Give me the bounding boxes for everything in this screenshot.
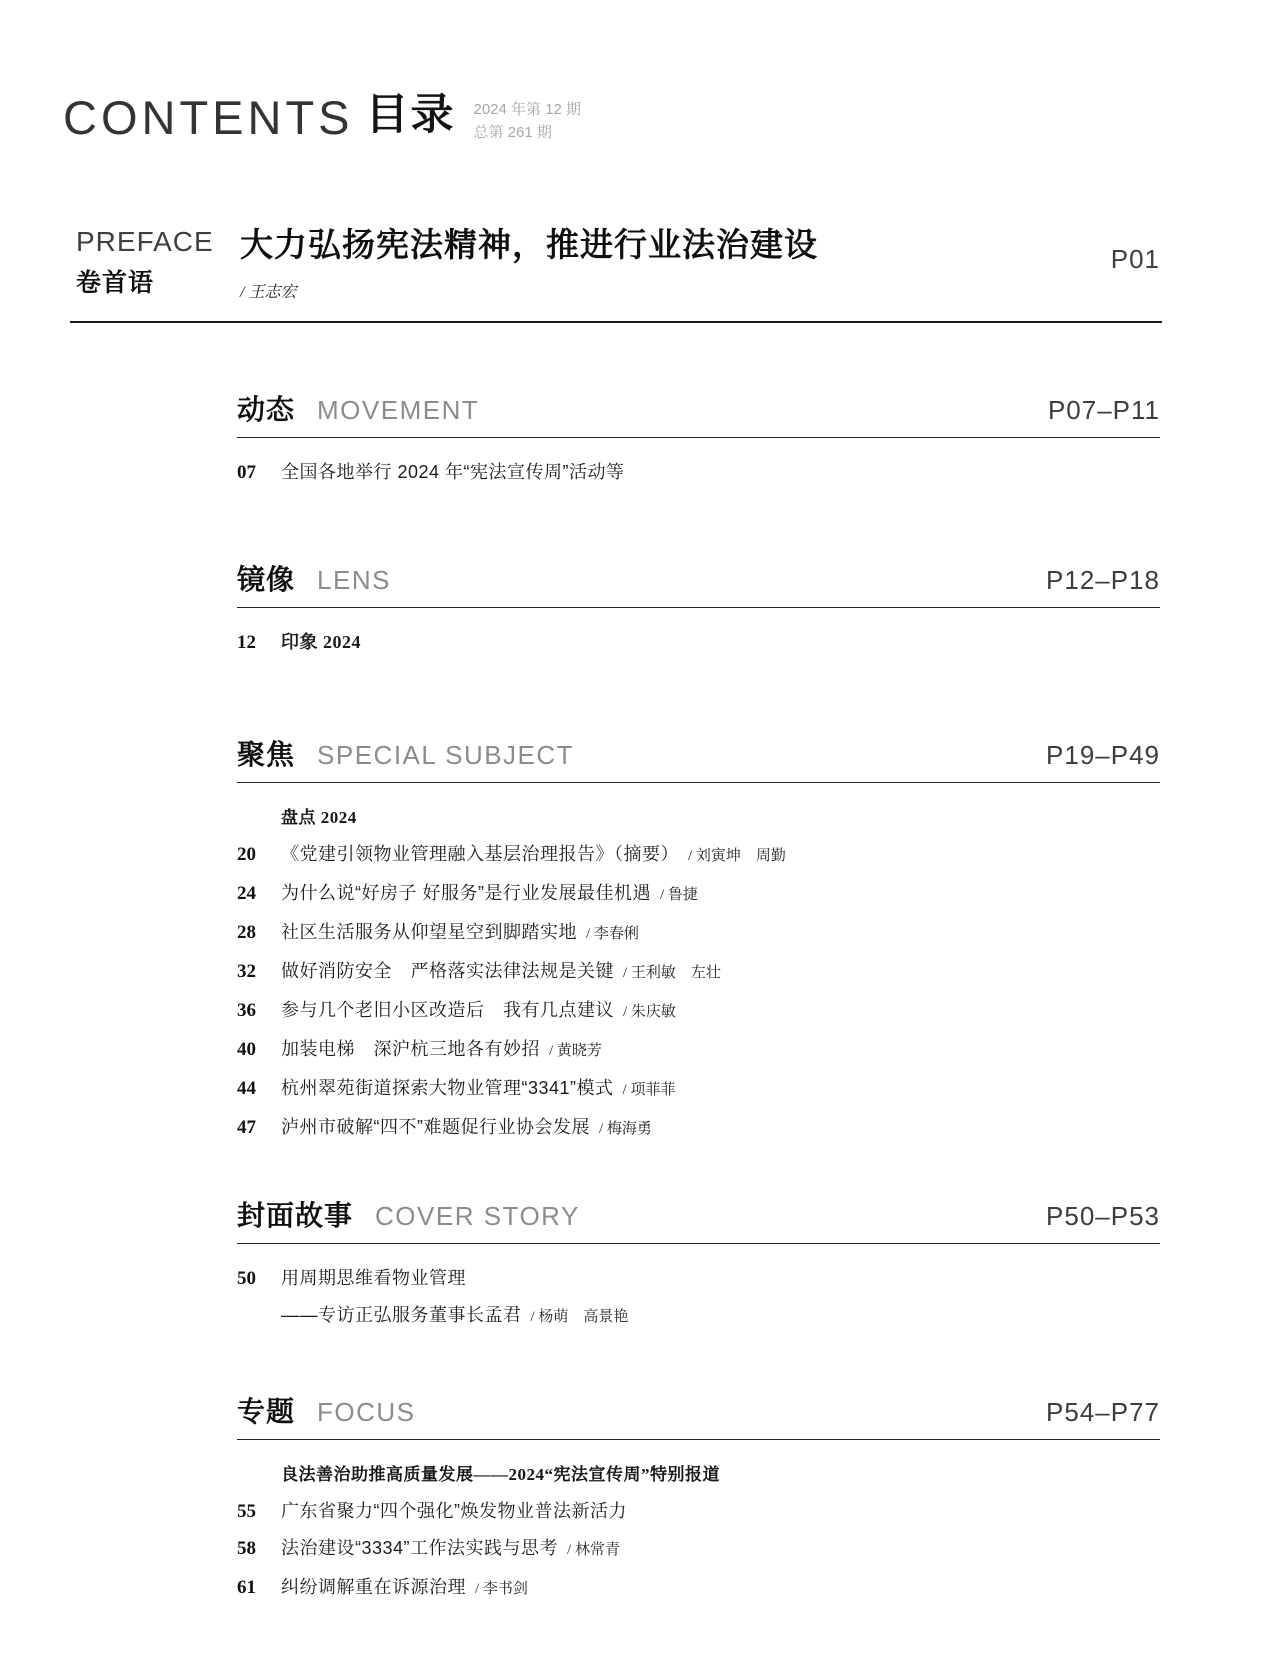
issue-number: 2024 年第 12 期 [474, 99, 582, 122]
preface-author: / 王志宏 [240, 279, 1111, 302]
section-item-list: 12印象 2024 [237, 624, 1160, 661]
section-title-zh: 聚焦 [237, 739, 295, 771]
preface-label-zh: 卷首语 [76, 263, 240, 299]
toc-item: 32做好消防安全 严格落实法律法规是关键/ 王利敏 左壮 [237, 953, 1160, 992]
toc-section-focus: 专题FOCUSP54–P77良法善治助推高质量发展——2024“宪法宣传周”特别… [237, 1396, 1160, 1608]
section-title-en: MOVEMENT [317, 395, 479, 426]
toc-item: 61纠纷调解重在诉源治理/ 李书剑 [237, 1569, 1160, 1608]
toc-item: 12印象 2024 [237, 624, 1160, 661]
section-page-range: P54–P77 [1046, 1397, 1160, 1428]
contents-title-en: CONTENTS [63, 94, 354, 141]
preface-page-number: P01 [1111, 244, 1160, 302]
item-page-number: 36 [237, 992, 281, 1029]
section-divider [237, 607, 1160, 608]
section-title-en: COVER STORY [375, 1201, 580, 1232]
section-heading: 聚焦SPECIAL SUBJECTP19–P49 [237, 739, 1160, 771]
preface-entry: 大力弘扬宪法精神，推进行业法治建设 / 王志宏 [240, 228, 1111, 302]
toc-section-movement: 动态MOVEMENTP07–P1107全国各地举行 2024 年“宪法宣传周”活… [237, 394, 1160, 491]
item-author: / 鲁捷 [660, 877, 698, 914]
magazine-toc-page: CONTENTS 目录 2024 年第 12 期 总第 261 期 PREFAC… [0, 0, 1274, 1674]
section-item-list: 50用周期思维看物业管理——专访正弘服务董事长孟君/ 杨萌 高景艳 [237, 1260, 1160, 1336]
item-author: / 林常青 [567, 1532, 620, 1569]
toc-item: 40加装电梯 深沪杭三地各有妙招/ 黄晓芳 [237, 1031, 1160, 1070]
section-title-zh: 镜像 [237, 564, 295, 596]
item-title: 法治建设“3334”工作法实践与思考 [281, 1530, 558, 1567]
section-subhead: 良法善治助推高质量发展——2024“宪法宣传周”特别报道 [281, 1456, 1160, 1493]
item-page-number: 55 [237, 1493, 281, 1530]
section-title-en: SPECIAL SUBJECT [317, 740, 574, 771]
preface-label: PREFACE 卷首语 [76, 228, 240, 302]
section-divider [237, 782, 1160, 783]
item-title: 加装电梯 深沪杭三地各有妙招 [281, 1031, 540, 1068]
section-heading: 封面故事COVER STORYP50–P53 [237, 1200, 1160, 1232]
section-heading: 镜像LENSP12–P18 [237, 564, 1160, 596]
item-title: 参与几个老旧小区改造后 我有几点建议 [281, 992, 614, 1029]
toc-section-special-subject: 聚焦SPECIAL SUBJECTP19–P49盘点 202420《党建引领物业… [237, 739, 1160, 1148]
section-page-range: P19–P49 [1046, 740, 1160, 771]
item-title: 为什么说“好房子 好服务”是行业发展最佳机遇 [281, 875, 651, 912]
item-author: / 刘寅坤 周勤 [688, 838, 786, 875]
preface-label-en: PREFACE [76, 228, 240, 256]
section-item-list: 盘点 202420《党建引领物业管理融入基层治理报告》（摘要）/ 刘寅坤 周勤2… [237, 799, 1160, 1148]
item-title: 用周期思维看物业管理 [281, 1260, 466, 1297]
section-item-list: 07全国各地举行 2024 年“宪法宣传周”活动等 [237, 454, 1160, 491]
toc-item: 44杭州翠苑街道探索大物业管理“3341”模式/ 项菲菲 [237, 1070, 1160, 1109]
item-author: / 黄晓芳 [549, 1033, 602, 1070]
item-author: / 梅海勇 [599, 1111, 652, 1148]
item-title: 做好消防安全 严格落实法律法规是关键 [281, 953, 614, 990]
section-title-zh: 专题 [237, 1396, 295, 1428]
preface-title: 大力弘扬宪法精神，推进行业法治建设 [240, 228, 1111, 263]
item-page-number: 07 [237, 454, 281, 491]
item-author: / 朱庆敏 [623, 994, 676, 1031]
toc-item: 55广东省聚力“四个强化”焕发物业普法新活力 [237, 1493, 1160, 1530]
issue-total: 总第 261 期 [474, 122, 582, 145]
section-item-list: 良法善治助推高质量发展——2024“宪法宣传周”特别报道55广东省聚力“四个强化… [237, 1456, 1160, 1608]
issue-info: 2024 年第 12 期 总第 261 期 [474, 94, 582, 144]
toc-section-lens: 镜像LENSP12–P1812印象 2024 [237, 564, 1160, 661]
preface-block: PREFACE 卷首语 大力弘扬宪法精神，推进行业法治建设 / 王志宏 P01 [76, 228, 1160, 302]
toc-item: 50用周期思维看物业管理 [237, 1260, 1160, 1297]
section-title-en: LENS [317, 565, 391, 596]
item-title: 社区生活服务从仰望星空到脚踏实地 [281, 914, 577, 951]
toc-item: 07全国各地举行 2024 年“宪法宣传周”活动等 [237, 454, 1160, 491]
item-author: / 杨萌 高景艳 [531, 1299, 629, 1336]
section-divider [237, 437, 1160, 438]
toc-item: 36参与几个老旧小区改造后 我有几点建议/ 朱庆敏 [237, 992, 1160, 1031]
section-page-range: P50–P53 [1046, 1201, 1160, 1232]
item-title: 全国各地举行 2024 年“宪法宣传周”活动等 [281, 454, 625, 491]
toc-item: 28社区生活服务从仰望星空到脚踏实地/ 李春俐 [237, 914, 1160, 953]
item-author: / 李书剑 [475, 1571, 528, 1608]
item-page-number: 50 [237, 1260, 281, 1297]
section-heading: 专题FOCUSP54–P77 [237, 1396, 1160, 1428]
item-title: 印象 2024 [281, 624, 361, 661]
contents-title-zh: 目录 [366, 94, 456, 137]
item-page-number: 61 [237, 1569, 281, 1606]
item-author: / 王利敏 左壮 [623, 955, 721, 992]
item-title: 纠纷调解重在诉源治理 [281, 1569, 466, 1606]
section-subhead: 盘点 2024 [281, 799, 1160, 836]
section-title-zh: 动态 [237, 394, 295, 426]
toc-section-cover-story: 封面故事COVER STORYP50–P5350用周期思维看物业管理——专访正弘… [237, 1200, 1160, 1336]
toc-item: 47泸州市破解“四不”难题促行业协会发展/ 梅海勇 [237, 1109, 1160, 1148]
item-page-number: 40 [237, 1031, 281, 1068]
item-page-number: 24 [237, 875, 281, 912]
item-author: / 项菲菲 [623, 1072, 676, 1109]
item-author: / 李春俐 [586, 916, 639, 953]
preface-divider [70, 321, 1162, 323]
section-title-en: FOCUS [317, 1397, 416, 1428]
item-page-number: 44 [237, 1070, 281, 1107]
section-divider [237, 1243, 1160, 1244]
item-title: ——专访正弘服务董事长孟君 [281, 1297, 522, 1334]
item-page-number: 32 [237, 953, 281, 990]
item-page-number: 20 [237, 836, 281, 873]
item-title: 广东省聚力“四个强化”焕发物业普法新活力 [281, 1493, 627, 1530]
item-title: 《党建引领物业管理融入基层治理报告》（摘要） [281, 836, 679, 873]
toc-item: ——专访正弘服务董事长孟君/ 杨萌 高景艳 [237, 1297, 1160, 1336]
toc-item: 24为什么说“好房子 好服务”是行业发展最佳机遇/ 鲁捷 [237, 875, 1160, 914]
item-page-number: 28 [237, 914, 281, 951]
item-title: 杭州翠苑街道探索大物业管理“3341”模式 [281, 1070, 614, 1107]
section-heading: 动态MOVEMENTP07–P11 [237, 394, 1160, 426]
toc-item: 58法治建设“3334”工作法实践与思考/ 林常青 [237, 1530, 1160, 1569]
section-title-zh: 封面故事 [237, 1200, 353, 1232]
section-divider [237, 1439, 1160, 1440]
item-page-number: 58 [237, 1530, 281, 1567]
section-page-range: P12–P18 [1046, 565, 1160, 596]
item-page-number: 12 [237, 624, 281, 661]
section-page-range: P07–P11 [1048, 395, 1160, 426]
toc-item: 20《党建引领物业管理融入基层治理报告》（摘要）/ 刘寅坤 周勤 [237, 836, 1160, 875]
item-page-number: 47 [237, 1109, 281, 1146]
contents-header: CONTENTS 目录 2024 年第 12 期 总第 261 期 [63, 94, 581, 144]
item-title: 泸州市破解“四不”难题促行业协会发展 [281, 1109, 590, 1146]
